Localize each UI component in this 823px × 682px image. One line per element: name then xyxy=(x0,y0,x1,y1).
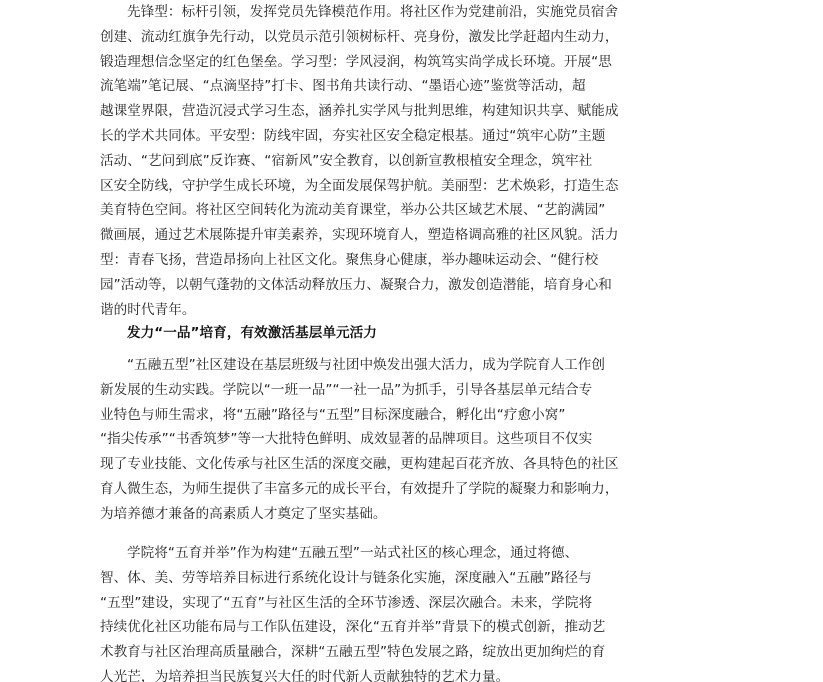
paragraph-five-educations: 学院将“五育并举”作为构建“五融五型”一站式社区的核心理念，通过将德、 智、体、… xyxy=(100,541,605,682)
text-line: 为培养德才兼备的高素质人才奠定了坚实基础。 xyxy=(100,502,618,527)
text-line: 园”活动等，以朝气蓬勃的文体活动释放压力、凝聚合力，激发创造潜能，培育身心和 xyxy=(100,273,618,298)
text-line: 智、体、美、劳等培养目标进行系统化设计与链条化实施，深度融入“五融”路径与 xyxy=(100,566,605,591)
text-line: 谐的时代青年。 xyxy=(100,298,618,323)
text-line: 持续优化社区功能布局与工作队伍建设，深化“五育并举”背景下的模式创新，推动艺 xyxy=(100,615,605,640)
text-line: 现了专业技能、文化传承与社区生活的深度交融，更构建起百花齐放、各具特色的社区 xyxy=(100,452,618,477)
text-line: 术教育与社区治理高质量融合，深耕“五融五型”特色发展之路，绽放出更加绚烂的育 xyxy=(100,640,605,665)
text-line: “指尖传承”“书香筑梦”等一大批特色鲜明、成效显著的品牌项目。这些项目不仅实 xyxy=(100,427,618,452)
text-line: 人光芒，为培养担当民族复兴大任的时代新人贡献独特的艺术力量。 xyxy=(100,665,605,682)
text-line: 学院将“五育并举”作为构建“五融五型”一站式社区的核心理念，通过将德、 xyxy=(100,541,605,566)
text-line: 微画展，通过艺术展陈提升审美素养，实现环境育人，塑造格调高雅的社区风貌。活力 xyxy=(100,223,618,248)
text-line: 长的学术共同体。平安型：防线牢固，夯实社区安全稳定根基。通过“筑牢心防”主题 xyxy=(100,124,618,149)
text-line: 新发展的生动实践。学院以“一班一品”“一社一品”为抓手，引导各基层单元结合专 xyxy=(100,378,618,403)
text-line: 流笔端”笔记展、“点滴坚持”打卡、图书角共读行动、“墨语心迹”鉴赏等活动，超 xyxy=(100,74,618,99)
paragraph-pioneer-types: 先锋型：标杆引领，发挥党员先锋模范作用。将社区作为党建前沿，实施党员宿舍 创建、… xyxy=(100,0,618,322)
text-line: 锻造理想信念坚定的红色堡垒。学习型：学风浸润，构筑笃实尚学成长环境。开展“思 xyxy=(100,50,618,75)
text-line: 活动、“艺问到底”反诈赛、“宿新风”安全教育，以创新宣教根植安全理念，筑牢社 xyxy=(100,149,618,174)
text-line: 育人微生态，为师生提供了丰富多元的成长平台，有效提升了学院的凝聚力和影响力， xyxy=(100,477,618,502)
text-line: 先锋型：标杆引领，发挥党员先锋模范作用。将社区作为党建前沿，实施党员宿舍 xyxy=(100,0,618,25)
section-heading: 发力“一品”培育，有效激活基层单元活力 xyxy=(100,321,377,346)
text-line: 业特色与师生需求，将“五融”路径与“五型”目标深度融合，孵化出“疗愈小窝” xyxy=(100,403,618,428)
section-heading-text: 发力“一品”培育，有效激活基层单元活力 xyxy=(100,321,377,346)
text-line: 美育特色空间。将社区空间转化为流动美育课堂，举办公共区域艺术展、“艺韵满园” xyxy=(100,198,618,223)
text-line: 创建、流动红旗争先行动，以党员示范引领树标杆、亮身份，激发比学赶超内生动力， xyxy=(100,25,618,50)
paragraph-brand-projects: “五融五型”社区建设在基层班级与社团中焕发出强大活力，成为学院育人工作创 新发展… xyxy=(100,353,618,527)
text-line: 型：青春飞扬，营造昂扬向上社区文化。聚焦身心健康，举办趣味运动会、“健行校 xyxy=(100,248,618,273)
text-line: 越课堂界限，营造沉浸式学习生态，涵养扎实学风与批判思维，构建知识共享、赋能成 xyxy=(100,99,618,124)
text-line: “五型”建设，实现了“五育”与社区生活的全环节渗透、深层次融合。未来，学院将 xyxy=(100,591,605,616)
text-line: 区安全防线，守护学生成长环境，为全面发展保驾护航。美丽型：艺术焕彩，打造生态 xyxy=(100,174,618,199)
text-line: “五融五型”社区建设在基层班级与社团中焕发出强大活力，成为学院育人工作创 xyxy=(100,353,618,378)
